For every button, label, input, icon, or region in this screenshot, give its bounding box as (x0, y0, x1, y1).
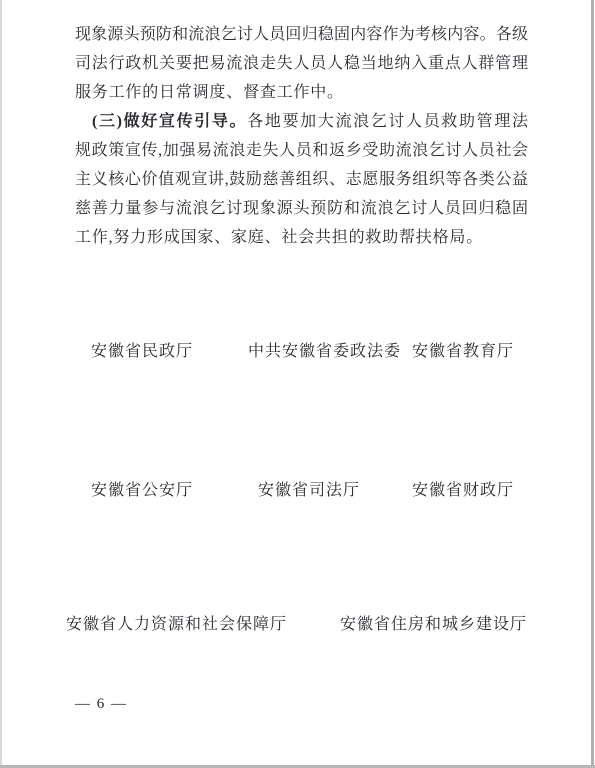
body-text-run: 各地要加大流浪乞讨人员救助管理法 (247, 113, 528, 130)
scan-edge-right (591, 0, 594, 768)
body-text-line: 现象源头预防和流浪乞讨人员回归稳固内容作为考核内容。各级 (75, 20, 528, 49)
body-text-line: 工作,努力形成国家、家庭、社会共担的救助帮扶格局。 (75, 223, 528, 252)
signatory-name: 安徽省公安厅 (91, 480, 193, 502)
scan-edge-left (0, 0, 2, 768)
signatory-name: 安徽省住房和城乡建设厅 (340, 614, 527, 636)
body-text: 现象源头预防和流浪乞讨人员回归稳固内容作为考核内容。各级 司法行政机关要把易流浪… (75, 20, 528, 252)
body-text-line: 司法行政机关要把易流浪走失人员人稳当地纳入重点人群管理 (75, 49, 528, 78)
signatory-name: 中共安徽省委政法委 (248, 341, 401, 363)
signatory-name: 安徽省民政厅 (91, 341, 193, 363)
signatory-name: 安徽省人力资源和社会保障厅 (66, 614, 287, 636)
signatory-name: 安徽省财政厅 (412, 480, 514, 502)
page-number: — 6 — (75, 697, 128, 712)
body-text-line: 慈善力量参与流浪乞讨现象源头预防和流浪乞讨人员回归稳固 (75, 194, 528, 223)
signatory-name: 安徽省教育厅 (412, 341, 514, 363)
signatory-name: 安徽省司法厅 (258, 480, 360, 502)
document-page: 现象源头预防和流浪乞讨人员回归稳固内容作为考核内容。各级 司法行政机关要把易流浪… (0, 0, 595, 768)
body-text-line: (三)做好宣传引导。各地要加大流浪乞讨人员救助管理法 (75, 107, 528, 136)
body-text-line: 服务工作的日常调度、督查工作中。 (75, 78, 528, 107)
body-text-line: 规政策宣传,加强易流浪走失人员和返乡受助流浪乞讨人员社会 (75, 136, 528, 165)
section-heading: (三)做好宣传引导。 (92, 113, 247, 130)
body-text-line: 主义核心价值观宣讲,鼓励慈善组织、志愿服务组织等各类公益 (75, 165, 528, 194)
